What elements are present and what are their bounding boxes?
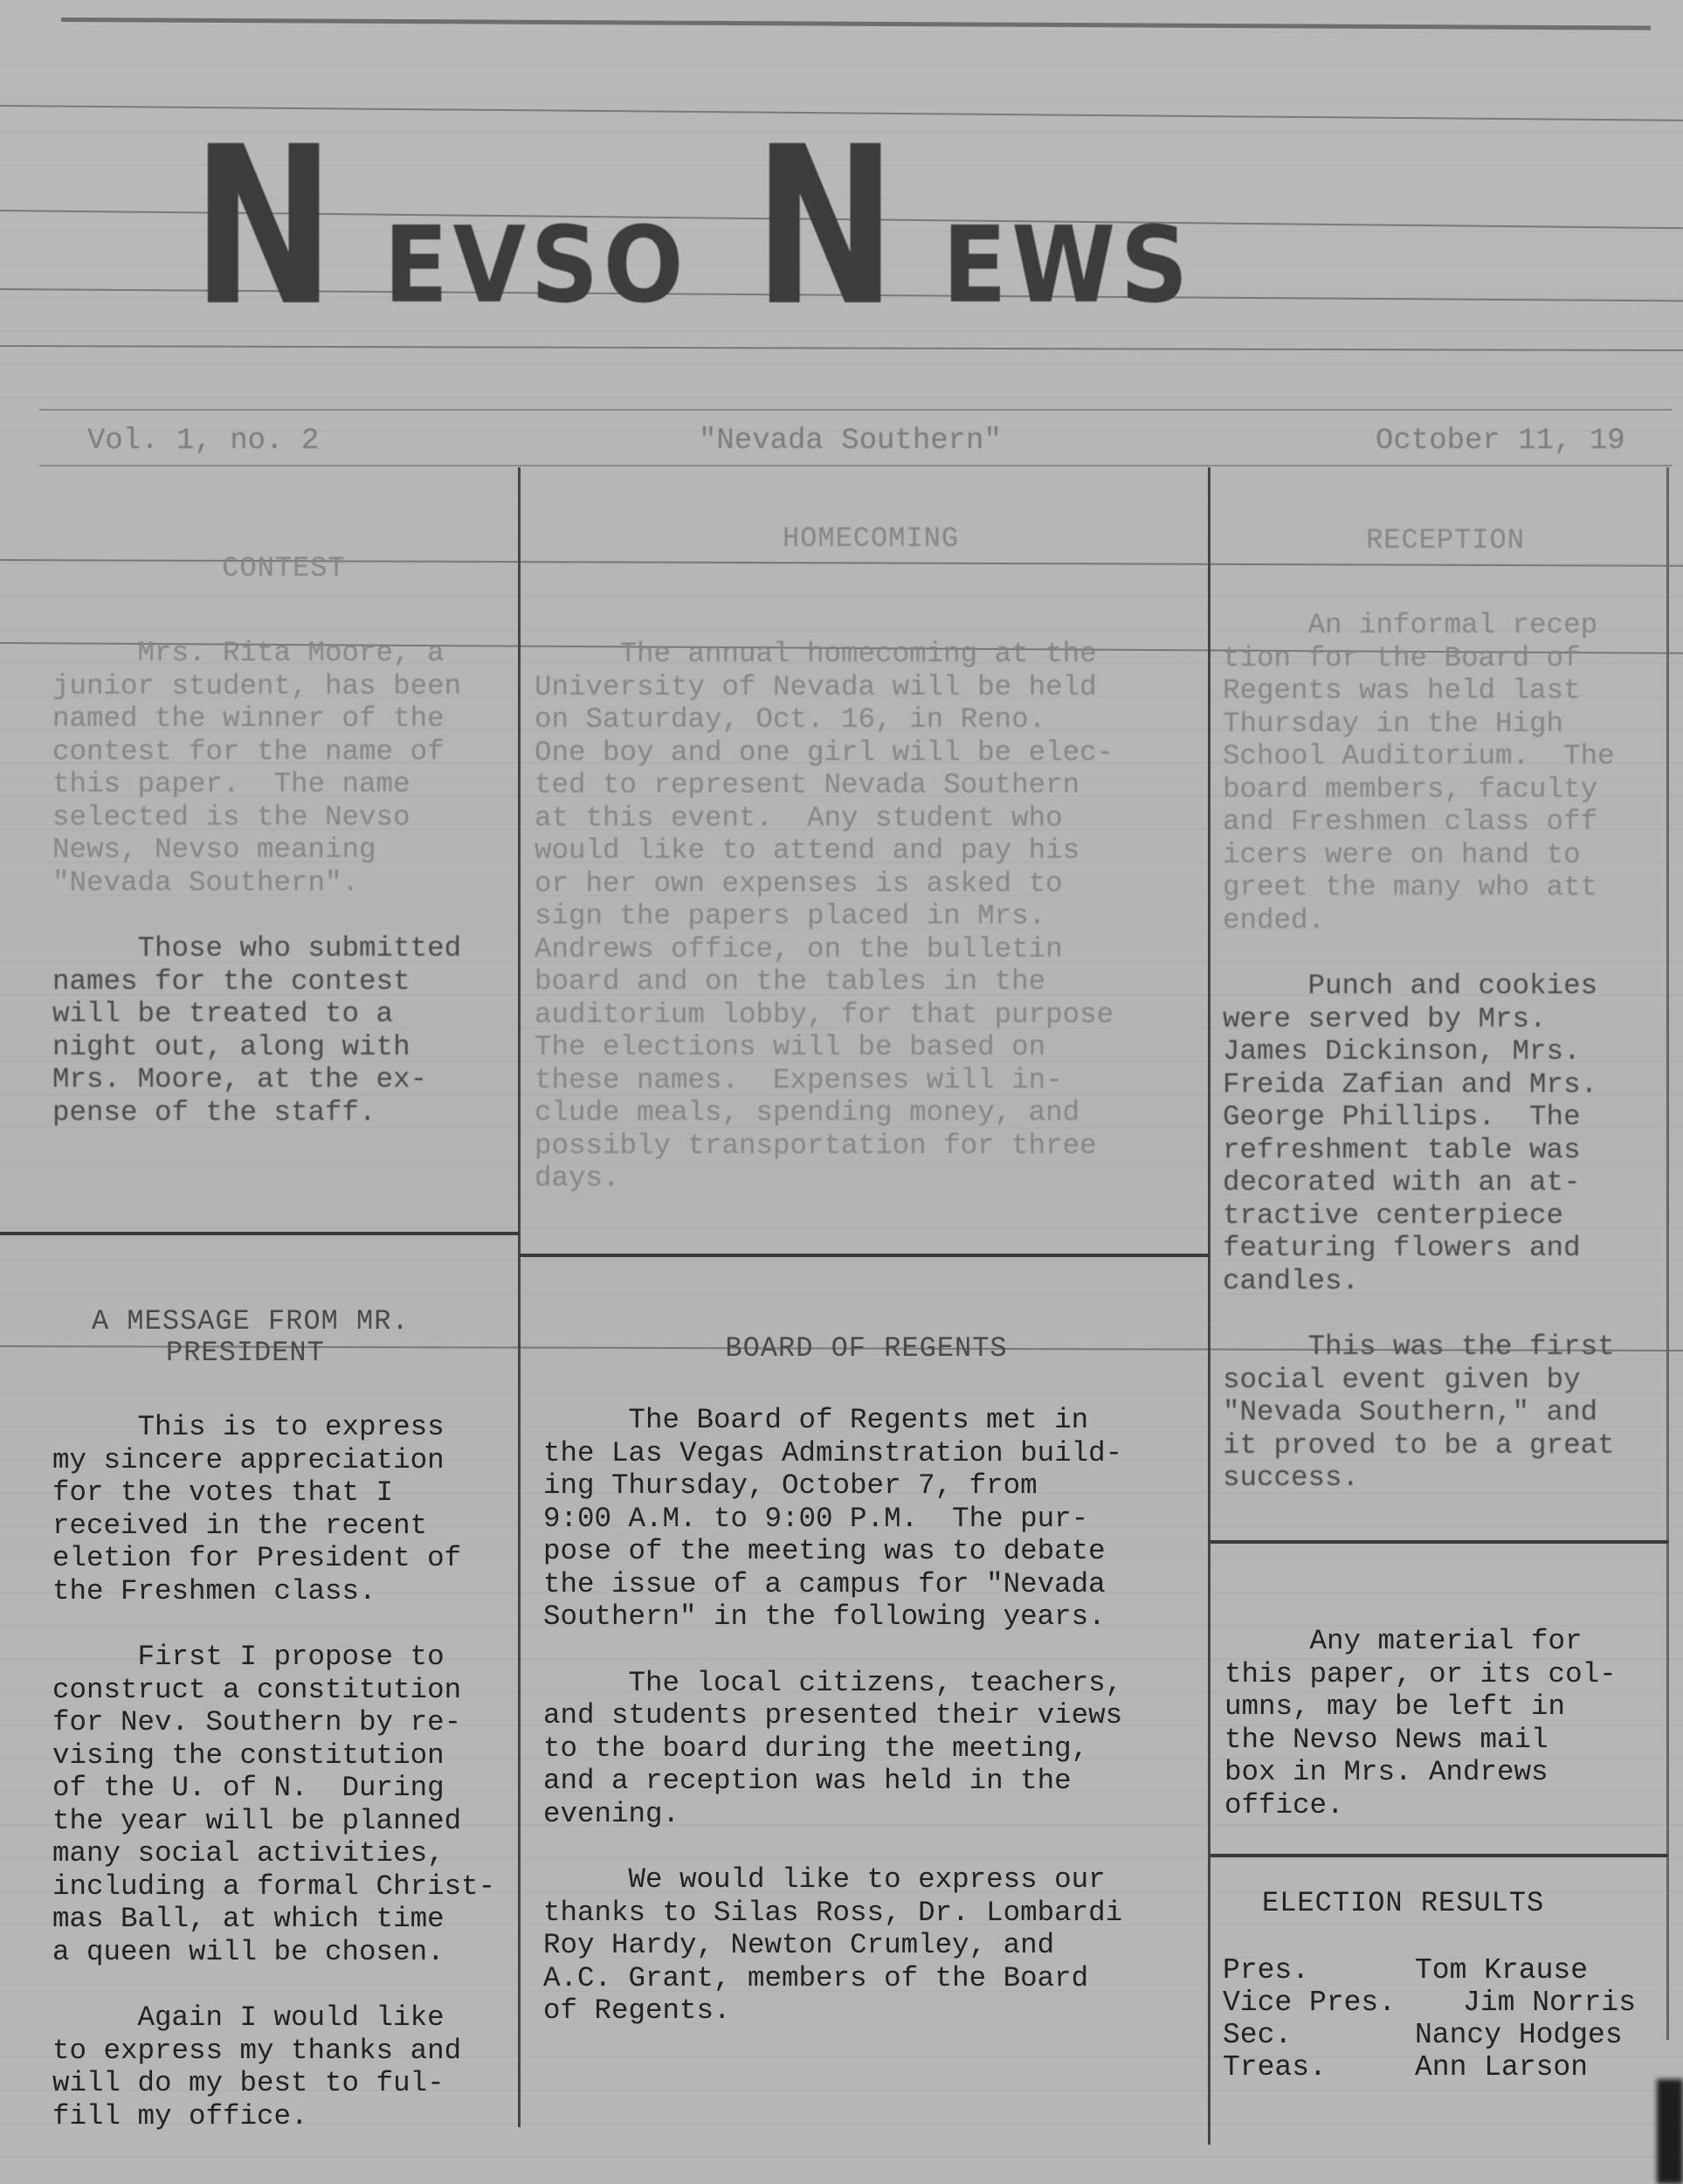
office-label: Vice Pres. [1223, 1987, 1415, 2019]
section-rule [1210, 1540, 1668, 1544]
section-rule [520, 1254, 1210, 1257]
masthead-rest: EVSO [383, 218, 688, 314]
volume-number: Vol. 1, no. 2 [87, 425, 319, 458]
officer-name: Nancy Hodges [1415, 2019, 1668, 2051]
election-results-table: Pres. Tom Krause Vice Pres. Jim Norris S… [1223, 1954, 1668, 2084]
article-headline: ELECTION RESULTS [1262, 1887, 1668, 1919]
headline-line: PRESIDENT [166, 1337, 325, 1369]
article-paragraph: The annual homecoming at the University … [535, 638, 1207, 1195]
article-paragraph: This was the first social event given by… [1223, 1330, 1668, 1495]
masthead-initial: N [754, 140, 890, 314]
section-rule [0, 1232, 520, 1235]
article-paragraph: This is to express my sincere appreciati… [52, 1411, 524, 1607]
notice-paragraph: Any material for this paper, or its col-… [1224, 1625, 1670, 1821]
dateline-top-rule [39, 409, 1673, 411]
article-board-of-regents: BOARD OF REGENTS The Board of Regents me… [543, 1332, 1207, 2061]
headline-line: A MESSAGE FROM MR. [92, 1305, 410, 1337]
issue-date: October 11, 19 [1376, 425, 1625, 458]
article-headline: CONTEST [52, 552, 515, 584]
election-results: ELECTION RESULTS Pres. Tom Krause Vice P… [1223, 1887, 1668, 2084]
article-paragraph: We would like to express our thanks to S… [543, 1863, 1207, 2028]
article-paragraph: First I propose to construct a constitut… [52, 1641, 524, 1968]
paper-subtitle: "Nevada Southern" [699, 425, 1002, 458]
officer-name: Tom Krause [1415, 1954, 1668, 1987]
office-label: Sec. [1223, 2019, 1415, 2051]
article-paragraph: The local citizens, teachers, and studen… [543, 1667, 1207, 1831]
dateline-bottom-rule [39, 465, 1673, 467]
article-paragraph: An informal recep tion for the Board of … [1223, 609, 1668, 936]
masthead-rest: EWS [942, 218, 1193, 314]
officer-name: Ann Larson [1415, 2051, 1668, 2084]
article-paragraph: Punch and cookies were served by Mrs. Ja… [1223, 970, 1668, 1297]
masthead: N EVSO N EWS [192, 105, 1555, 314]
article-contest: CONTEST Mrs. Rita Moore, a junior studen… [52, 552, 515, 1162]
article-president-message: A MESSAGE FROM MR. PRESIDENT This is to … [52, 1306, 524, 2166]
article-headline: HOMECOMING [535, 522, 1207, 555]
article-paragraph: Mrs. Rita Moore, a junior student, has b… [52, 637, 515, 899]
article-paragraph: Those who submitted names for the contes… [52, 932, 515, 1129]
office-label: Treas. [1223, 2051, 1415, 2084]
article-reception: RECEPTION An informal recep tion for the… [1223, 524, 1668, 1528]
column-divider [1208, 467, 1211, 2145]
scan-edge-shadow [1657, 2079, 1683, 2184]
notice-material-submission: Any material for this paper, or its col-… [1224, 1625, 1670, 1855]
officer-name: Jim Norris [1463, 1987, 1668, 2019]
masthead-word-news: N EWS [754, 140, 1204, 314]
masthead-initial: N [192, 140, 328, 314]
article-homecoming: HOMECOMING The annual homecoming at the … [535, 522, 1207, 1228]
article-headline: A MESSAGE FROM MR. PRESIDENT [92, 1306, 524, 1369]
masthead-word-nevso: N EVSO [192, 140, 701, 314]
article-paragraph: The Board of Regents met in the Las Vega… [543, 1404, 1207, 1634]
article-headline: BOARD OF REGENTS [526, 1332, 1207, 1365]
article-headline: RECEPTION [1223, 524, 1668, 556]
dateline: Vol. 1, no. 2 "Nevada Southern" October … [87, 419, 1668, 463]
office-label: Pres. [1223, 1954, 1415, 1987]
article-paragraph: Again I would like to express my thanks … [52, 2001, 524, 2132]
